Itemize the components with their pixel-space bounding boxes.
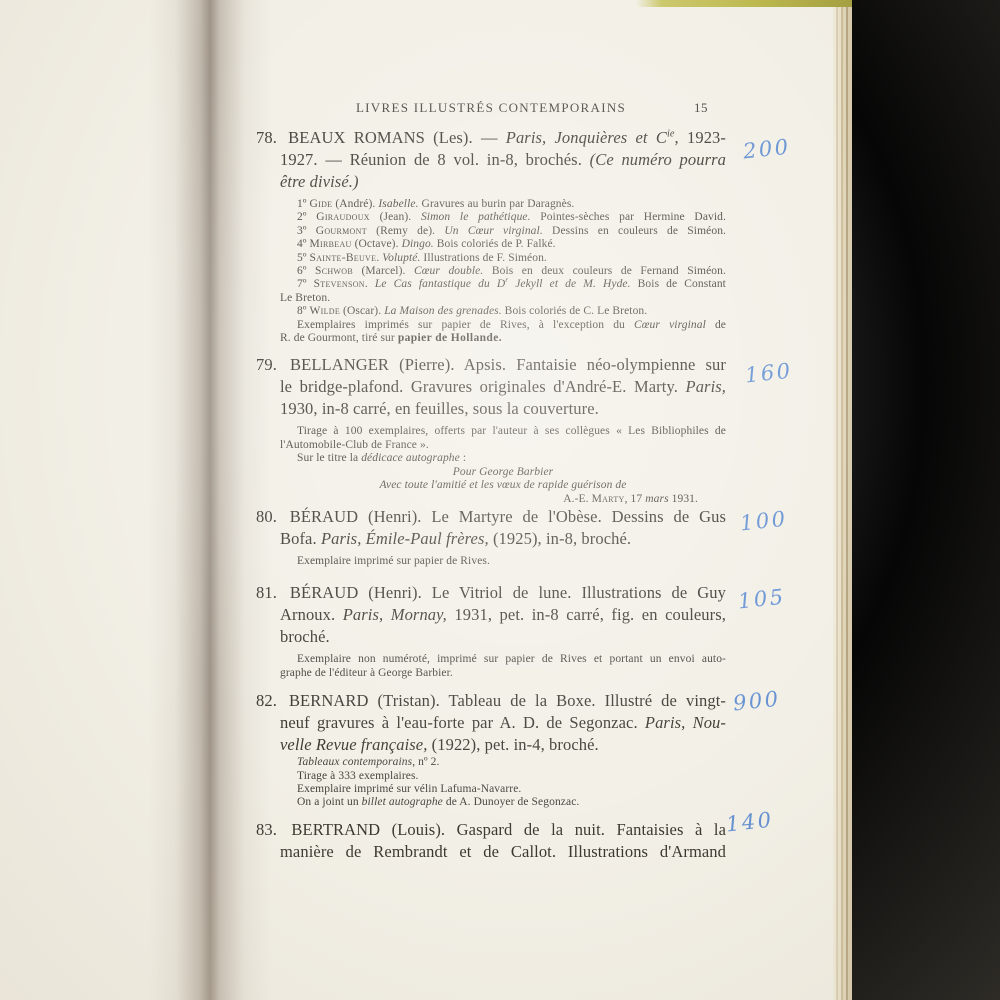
entry-number: 82. (256, 691, 289, 710)
entry-note-line: Exemplaires imprimés sur papier de Rives… (280, 319, 726, 332)
entry-note-line: 2º Giraudoux (Jean). Simon le pathétique… (280, 211, 726, 224)
catalog-entry: 78. BEAUX ROMANS (Les). — Paris, Jonquiè… (256, 127, 726, 345)
entry-heading-line: 1930, in-8 carré, en feuilles, sous la c… (256, 398, 726, 420)
book-photo: AINSnd illustrated withsley. London, 189… (0, 0, 1000, 1000)
entry-heading-line: le bridge-plafond. Gravures originales d… (256, 376, 726, 398)
entry-note-line: Exemplaire imprimé sur vélin Lafuma-Nava… (280, 783, 726, 796)
entry-number: 81. (256, 583, 290, 602)
entry-note-line: 7º Stevenson. Le Cas fantastique du Dr J… (280, 278, 726, 291)
entry-note-line: 1º Gide (André). Isabelle. Gravures au b… (280, 198, 726, 211)
handwritten-price: 105 (737, 586, 787, 613)
page-number: 15 (694, 100, 708, 116)
entry-heading-line: neuf gravures à l'eau-forte par A. D. de… (256, 712, 726, 734)
entry-notes: Tableaux contemporains, nº 2.Tirage à 33… (256, 756, 726, 810)
entry-heading-line: 83. BERTRAND (Louis). Gaspard de la nuit… (256, 819, 726, 841)
entry-note-line: 5º Sainte-Beuve. Volupté. Illustrations … (280, 252, 726, 265)
handwritten-price: 200 (742, 136, 792, 163)
entry-note-line: Tirage à 100 exemplaires, offerts par l'… (280, 425, 726, 438)
left-page: AINSnd illustrated withsley. London, 189… (0, 0, 170, 1000)
handwritten-price: 100 (739, 507, 789, 534)
entry-note-line: Tableaux contemporains, nº 2. (280, 756, 726, 769)
entry-heading-line: Arnoux. Paris, Mornay, 1931, pet. in-8 c… (256, 604, 726, 626)
handwritten-price: 140 (725, 808, 775, 835)
entry-heading-line: 78. BEAUX ROMANS (Les). — Paris, Jonquiè… (256, 127, 726, 149)
entry-heading-line: manière de Rembrandt et de Callot. Illus… (256, 841, 726, 863)
entry-notes: 1º Gide (André). Isabelle. Gravures au b… (256, 198, 726, 345)
entry-notes: Exemplaire imprimé sur papier de Rives. (256, 555, 726, 568)
entry-note-line: Le Breton. (280, 292, 726, 305)
entry-note-line: Exemplaire imprimé sur papier de Rives. (280, 555, 726, 568)
catalog-entry: 81. BÉRAUD (Henri). Le Vitriol de lune. … (256, 582, 726, 680)
page-edges (833, 5, 852, 1000)
handwritten-price: 160 (744, 360, 794, 387)
entry-number: 83. (256, 820, 291, 839)
entry-note-line: 4º Mirbeau (Octave). Dingo. Bois colorié… (280, 238, 726, 251)
entry-notes: Exemplaire non numéroté, imprimé sur pap… (256, 653, 726, 680)
entry-heading-line: 79. BELLANGER (Pierre). Apsis. Fantaisie… (256, 354, 726, 376)
photo-background (852, 0, 1000, 1000)
entry-note-line: On a joint un billet autographe de A. Du… (280, 796, 726, 809)
handwritten-price: 900 (732, 688, 782, 715)
entry-note-line: Tirage à 333 exemplaires. (280, 770, 726, 783)
entry-note-line: Sur le titre la dédicace autographe : (280, 452, 726, 465)
right-page: LIVRES ILLUSTRÉS CONTEMPORAINS 15 78. BE… (256, 100, 726, 863)
entry-note-line: Exemplaire non numéroté, imprimé sur pap… (280, 653, 726, 666)
entry-heading-line: 82. BERNARD (Tristan). Tableau de la Box… (256, 690, 726, 712)
entry-heading-line: 1927. — Réunion de 8 vol. in-8, brochés.… (256, 149, 726, 171)
entry-heading-line: Bofa. Paris, Émile-Paul frères, (1925), … (256, 528, 726, 550)
catalog-entry: 79. BELLANGER (Pierre). Apsis. Fantaisie… (256, 354, 726, 505)
catalog-entry: 83. BERTRAND (Louis). Gaspard de la nuit… (256, 819, 726, 863)
entry-notes: Tirage à 100 exemplaires, offerts par l'… (256, 425, 726, 505)
entry-heading-line: 81. BÉRAUD (Henri). Le Vitriol de lune. … (256, 582, 726, 604)
entry-heading-line: velle Revue française, (1922), pet. in-4… (256, 734, 726, 756)
entry-note-line: graphe de l'éditeur à George Barbier. (280, 667, 726, 680)
entry-note-line: 3º Gourmont (Remy de). Un Cœur virginal.… (280, 225, 726, 238)
entry-number: 80. (256, 507, 290, 526)
entry-note-line: 6º Schwob (Marcel). Cœur double. Bois en… (280, 265, 726, 278)
entry-number: 79. (256, 355, 290, 374)
entries: 78. BEAUX ROMANS (Les). — Paris, Jonquiè… (256, 127, 726, 863)
book-cover-top-edge (636, 0, 852, 7)
entry-number: 78. (256, 128, 288, 147)
entry-heading-line: 80. BÉRAUD (Henri). Le Martyre de l'Obès… (256, 506, 726, 528)
entry-note-line: 8º Wilde (Oscar). La Maison des grenades… (280, 305, 726, 318)
catalog-entry: 82. BERNARD (Tristan). Tableau de la Box… (256, 690, 726, 810)
entry-note-line: Avec toute l'amitié et les vœux de rapid… (280, 479, 726, 492)
entry-note-line: Pour George Barbier (280, 466, 726, 479)
running-title: LIVRES ILLUSTRÉS CONTEMPORAINS (356, 100, 626, 115)
entry-note-line: l'Automobile-Club de France ». (280, 439, 726, 452)
entry-heading-line: broché. (256, 626, 726, 648)
entry-note-line: A.-E. Marty, 17 mars 1931. (280, 493, 726, 506)
page-header: LIVRES ILLUSTRÉS CONTEMPORAINS 15 (256, 100, 726, 116)
entry-heading-line: être divisé.) (256, 171, 726, 193)
entry-note-line: R. de Gourmont, tiré sur papier de Holla… (280, 332, 726, 345)
catalog-entry: 80. BÉRAUD (Henri). Le Martyre de l'Obès… (256, 506, 726, 568)
